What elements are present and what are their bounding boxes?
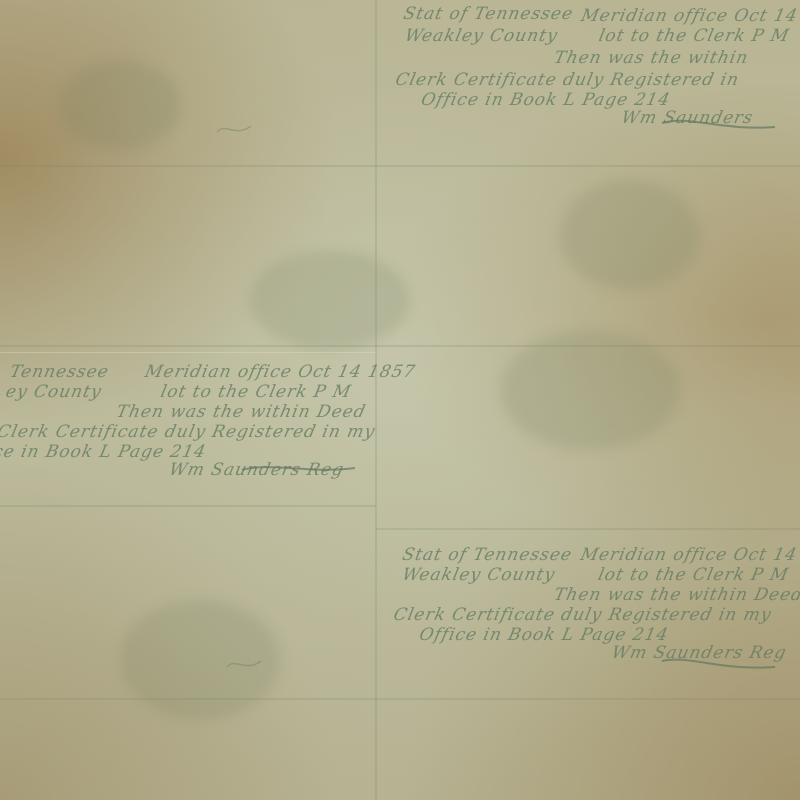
script-line: Meridian office Oct 14 18 xyxy=(579,545,800,565)
script-line: lot to the Clerk P M xyxy=(597,26,791,46)
script-line: Then was the within Deed xyxy=(115,402,368,422)
script-line: ey County xyxy=(4,382,104,402)
script-line: Clerk Certificate duly Registered in my xyxy=(0,422,377,442)
script-line: ce in Book L Page 214 xyxy=(0,442,208,462)
script-line: lot to the Clerk P M xyxy=(596,565,790,585)
fold-line-horizontal xyxy=(0,345,800,347)
script-line: Stat of Tennessee xyxy=(401,545,575,565)
ink-mark xyxy=(225,655,265,675)
script-line: lot to the Clerk P M xyxy=(159,382,353,402)
stain xyxy=(60,60,180,150)
fold-line-horizontal xyxy=(376,528,800,530)
signature-flourish xyxy=(660,115,780,135)
script-line: Office in Book L Page 214 xyxy=(419,90,672,110)
script-line: Weakley County xyxy=(403,26,560,46)
script-line: Then was the within Deed xyxy=(552,585,800,605)
fold-highlight xyxy=(0,352,376,353)
script-line: Stat of Tennessee xyxy=(402,4,576,24)
aged-paper-background: Stat of Tennessee Meridian office Oct 14… xyxy=(0,0,800,800)
script-line: Meridian office Oct 14 1857 xyxy=(579,6,800,26)
script-line: Office in Book L Page 214 xyxy=(417,625,670,645)
signature-flourish xyxy=(240,460,360,480)
script-line: Clerk Certificate duly Registered in my xyxy=(392,605,774,625)
stain xyxy=(250,250,410,350)
handwritten-note-bottom-right: Stat of Tennessee Meridian office Oct 14… xyxy=(379,545,800,665)
stain xyxy=(500,330,680,450)
fold-line-horizontal xyxy=(0,698,800,700)
script-line: Meridian office Oct 14 1857 xyxy=(143,362,417,382)
fold-line-horizontal xyxy=(0,165,800,167)
signature-flourish xyxy=(660,655,780,675)
script-line: Tennessee xyxy=(8,362,111,382)
stain xyxy=(560,180,700,290)
fold-line-horizontal xyxy=(0,505,376,507)
script-line: Then was the within xyxy=(552,48,750,68)
script-line: Clerk Certificate duly Registered in xyxy=(394,70,742,90)
ink-mark xyxy=(215,120,255,140)
script-line: Weakley County xyxy=(400,565,557,585)
